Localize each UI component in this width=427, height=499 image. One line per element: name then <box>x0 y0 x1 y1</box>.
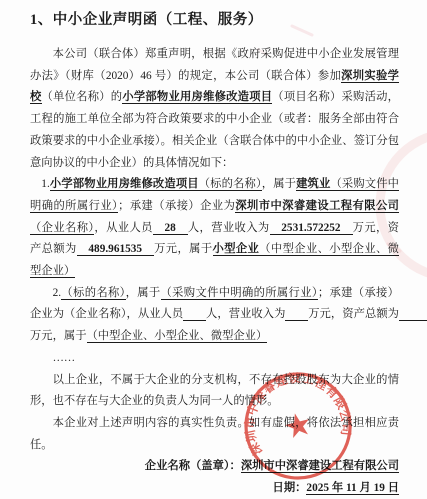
text-segment: 人，营业收入为 <box>188 222 270 234</box>
para-date: 日期：2025 年 11 月 19 日 <box>30 478 399 499</box>
text-segment: ；承建（承接）企业为 <box>118 200 235 212</box>
text-segment: 489.961535 <box>77 243 154 256</box>
para-item-2: 2.（标的名称），属于（采购文件中明确的所属行业）；承建（承接）企业为（企业名称… <box>30 283 399 348</box>
text-segment: （标的名称） <box>61 287 126 300</box>
text-segment: 企业名称（盖章）： <box>145 460 241 472</box>
text-segment: ，属于 <box>126 287 161 299</box>
text-segment: 万元，资产总额为 <box>308 308 399 320</box>
text-segment: 以上企业，不属于大企业的分支机构，不存在控股股东为大企业的情形，也不存在与大企业… <box>30 374 399 408</box>
text-segment: 28 <box>153 222 188 235</box>
text-segment: （中型企业、小型企业、微型企业） <box>87 330 268 343</box>
document-body: 本公司（联合体）郑重声明，根据《政府采购促进中小企业发展管理办法》（财库（202… <box>30 44 399 499</box>
text-segment <box>183 308 206 321</box>
text-segment: 2. <box>53 287 61 299</box>
text-segment: 人，营业收入为 <box>206 308 285 320</box>
text-segment: 1. <box>41 178 49 190</box>
text-segment: （企业名称） <box>30 222 94 235</box>
para-responsibility: 本企业对上述声明内容的真实性负责。如有虚假，将依法承担相应责任。 <box>30 413 399 456</box>
text-segment: …… <box>53 352 76 364</box>
document-title: 1、中小企业声明函（工程、服务） <box>30 8 399 29</box>
text-segment: （标的名称） <box>199 178 262 191</box>
para-assurance: 以上企业，不属于大企业的分支机构，不存在控股股东为大企业的情形，也不存在与大企业… <box>30 370 399 413</box>
text-segment: 日期： <box>273 482 307 494</box>
para-ellipsis: …… <box>30 348 399 370</box>
text-segment: 本企业对上述声明内容的真实性负责。如有虚假，将依法承担相应责任。 <box>30 417 399 451</box>
text-segment: 万元，属于 <box>30 330 87 342</box>
para-signature: 企业名称（盖章）：深圳市中深睿建设工程有限公司 <box>30 456 399 478</box>
text-segment: 2531.572252 <box>270 222 353 235</box>
para-declaration: 本公司（联合体）郑重声明，根据《政府采购促进中小企业发展管理办法》（财库（202… <box>30 44 399 174</box>
text-segment <box>285 308 308 321</box>
text-segment: 2025 年 11 月 19 日 <box>306 482 399 495</box>
text-segment: 深圳市中深睿建设工程有限公司 <box>235 200 399 213</box>
para-item-1: 1.小学部物业用房维修改造项目（标的名称），属于建筑业（采购文件中明确的所属行业… <box>30 174 399 283</box>
text-segment: 小型企业 <box>213 243 260 256</box>
document-body-wrap: 1、中小企业声明函（工程、服务） 本公司（联合体）郑重声明，根据《政府采购促进中… <box>30 8 399 499</box>
text-segment: ，从业人员 <box>94 222 152 234</box>
text-segment: ，属于 <box>262 178 296 190</box>
text-segment: 万元，属于 <box>154 243 212 255</box>
text-segment: 建筑业 <box>296 178 330 191</box>
document-page: 1、中小企业声明函（工程、服务） 本公司（联合体）郑重声明，根据《政府采购促进中… <box>0 0 427 499</box>
text-segment <box>399 308 427 321</box>
text-segment: （单位名称）的 <box>42 91 123 103</box>
text-segment: （采购文件中明确的所属行业） <box>161 287 318 300</box>
text-segment: 深圳市中深睿建设工程有限公司 <box>241 460 399 473</box>
text-segment: 小学部物业用房维修改造项目 <box>50 178 199 191</box>
text-segment: 小学部物业用房维修改造项目 <box>122 91 272 104</box>
